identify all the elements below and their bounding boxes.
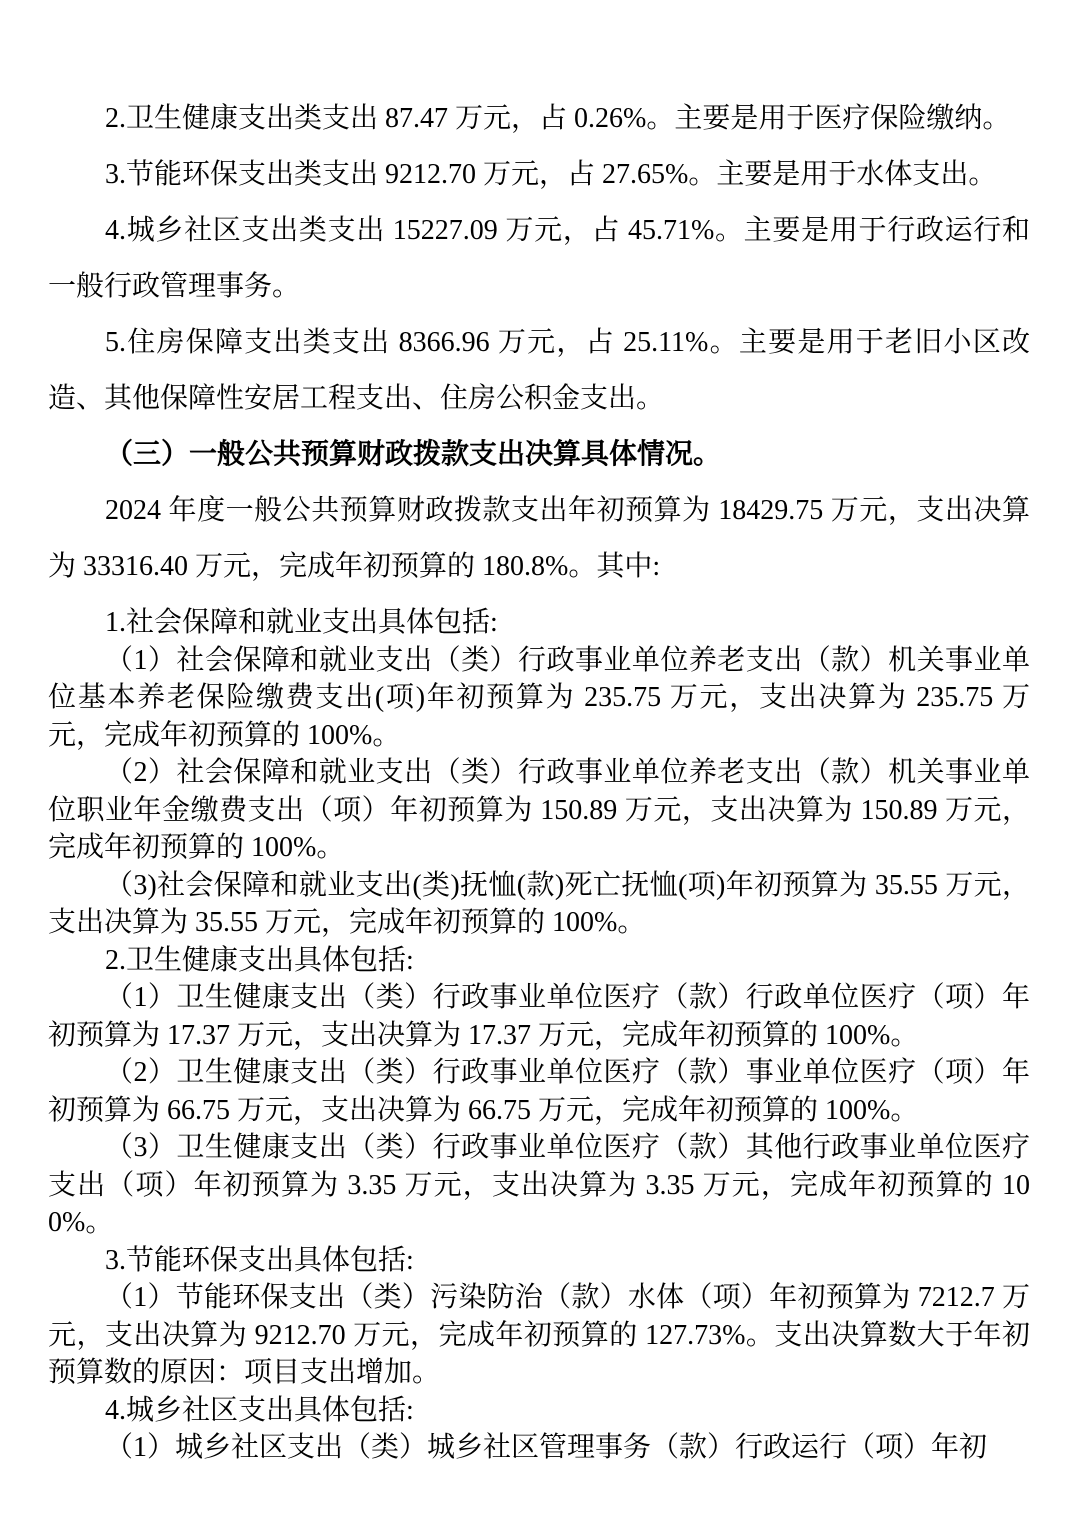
paragraph-social-security-item-2: （2）社会保障和就业支出（类）行政事业单位养老支出（款）机关事业单位职业年金缴费… xyxy=(48,754,1030,867)
paragraph-energy-env-expense-share: 3.节能环保支出类支出 9212.70 万元，占 27.65%。主要是用于水体支… xyxy=(48,147,1030,203)
heading-social-security-items: 1.社会保障和就业支出具体包括: xyxy=(48,604,1030,642)
section-expense-overview: 2.卫生健康支出类支出 87.47 万元，占 0.26%。主要是用于医疗保险缴纳… xyxy=(48,91,1030,595)
heading-energy-env-items: 3.节能环保支出具体包括: xyxy=(48,1242,1030,1280)
paragraph-urban-rural-item-1: （1）城乡社区支出（类）城乡社区管理事务（款）行政运行（项）年初 xyxy=(48,1429,1030,1467)
paragraph-social-security-item-1: （1）社会保障和就业支出（类）行政事业单位养老支出（款）机关事业单位基本养老保险… xyxy=(48,642,1030,755)
paragraph-health-expense-share: 2.卫生健康支出类支出 87.47 万元，占 0.26%。主要是用于医疗保险缴纳… xyxy=(48,91,1030,147)
paragraph-energy-env-item-1: （1）节能环保支出（类）污染防治（款）水体（项）年初预算为 7212.7 万元，… xyxy=(48,1279,1030,1392)
paragraph-budget-overview: 2024 年度一般公共预算财政拨款支出年初预算为 18429.75 万元，支出决… xyxy=(48,483,1030,595)
paragraph-health-item-1: （1）卫生健康支出（类）行政事业单位医疗（款）行政单位医疗（项）年初预算为 17… xyxy=(48,979,1030,1054)
heading-health-items: 2.卫生健康支出具体包括: xyxy=(48,942,1030,980)
paragraph-health-item-2: （2）卫生健康支出（类）行政事业单位医疗（款）事业单位医疗（项）年初预算为 66… xyxy=(48,1054,1030,1129)
paragraph-social-security-item-3: （3)社会保障和就业支出(类)抚恤(款)死亡抚恤(项)年初预算为 35.55 万… xyxy=(48,867,1030,942)
heading-section-three: （三）一般公共预算财政拨款支出决算具体情况。 xyxy=(48,427,1030,483)
paragraph-urban-rural-expense-share: 4.城乡社区支出类支出 15227.09 万元，占 45.71%。主要是用于行政… xyxy=(48,203,1030,315)
heading-urban-rural-items: 4.城乡社区支出具体包括: xyxy=(48,1392,1030,1430)
section-expense-details: 1.社会保障和就业支出具体包括: （1）社会保障和就业支出（类）行政事业单位养老… xyxy=(48,604,1030,1467)
paragraph-housing-expense-share: 5.住房保障支出类支出 8366.96 万元，占 25.11%。主要是用于老旧小… xyxy=(48,315,1030,427)
document-page: 2.卫生健康支出类支出 87.47 万元，占 0.26%。主要是用于医疗保险缴纳… xyxy=(0,0,1074,1518)
paragraph-health-item-3: （3）卫生健康支出（类）行政事业单位医疗（款）其他行政事业单位医疗支出（项）年初… xyxy=(48,1129,1030,1242)
